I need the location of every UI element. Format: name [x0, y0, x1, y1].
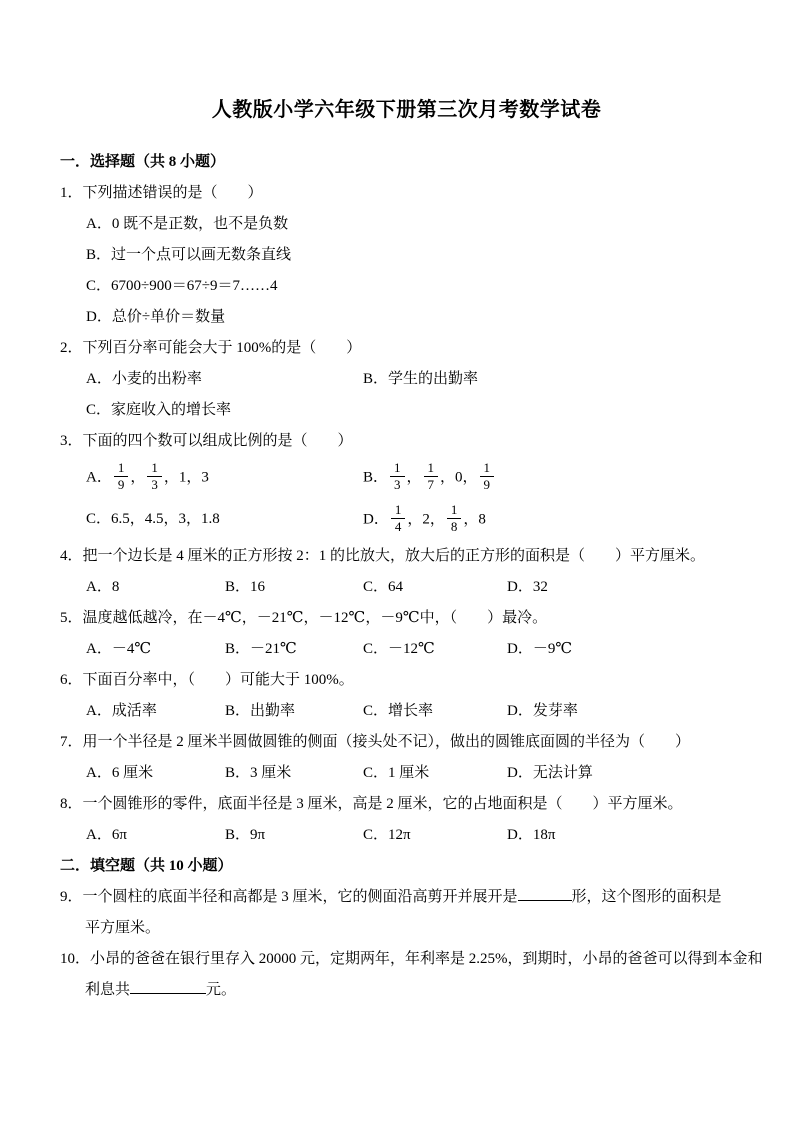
question-4-option-a: A．8	[86, 572, 225, 603]
fraction-numerator: 1	[447, 502, 462, 519]
question-5-options-row: A．－4℃ B．－21℃ C．－12℃ D．－9℃	[60, 634, 753, 665]
option-tail: ，1，3	[164, 470, 209, 486]
fraction: 19	[114, 460, 129, 492]
question-1-option-d: D．总价÷单价＝数量	[60, 302, 753, 333]
question-5-option-c: C．－12℃	[363, 634, 507, 665]
fraction: 19	[480, 460, 495, 492]
question-5-option-b: B．－21℃	[225, 634, 363, 665]
question-9: 9．一个圆柱的底面半径和高都是 3 厘米，它的侧面沿高剪开并展开是形，这个图形的…	[60, 882, 753, 944]
option-label: B．	[363, 470, 388, 486]
question-2-option-b: B．学生的出勤率	[363, 364, 753, 395]
answer-blank-q9	[518, 886, 572, 901]
question-7-option-b: B．3 厘米	[225, 758, 363, 789]
fraction: 13	[147, 460, 162, 492]
question-3-option-b: B．13，17，0，19	[363, 462, 753, 494]
question-9-text-3: 平方厘米。	[85, 920, 160, 936]
fraction-denominator: 8	[447, 519, 462, 535]
question-5-option-a: A．－4℃	[86, 634, 225, 665]
separator: ，	[407, 470, 422, 486]
question-6-option-b: B．出勤率	[225, 696, 363, 727]
fraction: 18	[447, 502, 462, 534]
question-8-option-a: A．6π	[86, 820, 225, 851]
question-4-option-c: C．64	[363, 572, 507, 603]
fraction-numerator: 1	[114, 460, 129, 477]
question-6-option-a: A．成活率	[86, 696, 225, 727]
section-heading-choice: 一．选择题（共 8 小题）	[60, 147, 753, 178]
fraction-denominator: 9	[480, 477, 495, 493]
question-3-option-a: A．19，13，1，3	[86, 462, 363, 494]
question-7-stem: 7．用一个半径是 2 厘米半圆做圆锥的侧面（接头处不记），做出的圆锥底面圆的半径…	[60, 727, 753, 758]
question-6-option-c: C．增长率	[363, 696, 507, 727]
option-middle: ，0，	[440, 470, 478, 486]
fraction-numerator: 1	[424, 460, 439, 477]
question-10-text-2: 利息共	[85, 982, 130, 998]
question-7-option-c: C．1 厘米	[363, 758, 507, 789]
question-6-option-d: D．发芽率	[507, 696, 753, 727]
test-paper-page: 人教版小学六年级下册第三次月考数学试卷 一．选择题（共 8 小题） 1．下列描述…	[0, 0, 793, 1006]
question-3-options-row-1: A．19，13，1，3 B．13，17，0，19	[60, 457, 753, 499]
question-2-stem: 2．下列百分率可能会大于 100%的是（ ）	[60, 333, 753, 364]
question-8-option-c: C．12π	[363, 820, 507, 851]
question-1-stem: 1．下列描述错误的是（ ）	[60, 178, 753, 209]
question-1-option-b: B．过一个点可以画无数条直线	[60, 240, 753, 271]
fraction-numerator: 1	[390, 460, 405, 477]
fraction: 13	[390, 460, 405, 492]
question-7-option-a: A．6 厘米	[86, 758, 225, 789]
option-label: D．	[363, 512, 389, 528]
question-2-option-a: A．小麦的出粉率	[86, 364, 363, 395]
option-tail: ，8	[463, 512, 486, 528]
question-9-text-1: 9．一个圆柱的底面半径和高都是 3 厘米，它的侧面沿高剪开并展开是	[60, 889, 518, 905]
fraction-numerator: 1	[391, 502, 406, 519]
fraction-denominator: 3	[147, 477, 162, 493]
question-3-option-c: C．6.5，4.5，3，1.8	[86, 504, 363, 536]
question-4-option-d: D．32	[507, 572, 753, 603]
question-10: 10．小昂的爸爸在银行里存入 20000 元，定期两年，年利率是 2.25%，到…	[60, 944, 753, 1006]
separator: ，	[130, 470, 145, 486]
question-3-option-d: D．14，2，18，8	[363, 504, 753, 536]
question-9-text-2: 形，这个图形的面积是	[572, 889, 722, 905]
question-1-option-c: C．6700÷900＝67÷9＝7……4	[60, 271, 753, 302]
question-5-option-d: D．－9℃	[507, 634, 753, 665]
question-7-option-d: D．无法计算	[507, 758, 753, 789]
question-6-options-row: A．成活率 B．出勤率 C．增长率 D．发芽率	[60, 696, 753, 727]
question-10-text-1: 10．小昂的爸爸在银行里存入 20000 元，定期两年，年利率是 2.25%，到…	[60, 951, 763, 967]
question-10-text-3: 元。	[206, 982, 236, 998]
question-2-option-c: C．家庭收入的增长率	[60, 395, 753, 426]
question-2-options-row-1: A．小麦的出粉率 B．学生的出勤率	[60, 364, 753, 395]
question-8-options-row: A．6π B．9π C．12π D．18π	[60, 820, 753, 851]
question-1-option-a: A．0 既不是正数，也不是负数	[60, 209, 753, 240]
option-middle: ，2，	[407, 512, 445, 528]
question-3-stem: 3．下面的四个数可以组成比例的是（ ）	[60, 426, 753, 457]
answer-blank-q10	[130, 979, 206, 994]
question-4-stem: 4．把一个边长是 4 厘米的正方形按 2：1 的比放大，放大后的正方形的面积是（…	[60, 541, 753, 572]
fraction: 17	[424, 460, 439, 492]
fraction-denominator: 7	[424, 477, 439, 493]
fraction-denominator: 9	[114, 477, 129, 493]
paper-title: 人教版小学六年级下册第三次月考数学试卷	[60, 95, 753, 125]
question-6-stem: 6．下面百分率中，（ ）可能大于 100%。	[60, 665, 753, 696]
question-8-stem: 8．一个圆锥形的零件，底面半径是 3 厘米，高是 2 厘米，它的占地面积是（ ）…	[60, 789, 753, 820]
question-5-stem: 5．温度越低越冷，在－4℃，－21℃，－12℃，－9℃中，（ ）最冷。	[60, 603, 753, 634]
question-4-options-row: A．8 B．16 C．64 D．32	[60, 572, 753, 603]
fraction-denominator: 4	[391, 519, 406, 535]
question-7-options-row: A．6 厘米 B．3 厘米 C．1 厘米 D．无法计算	[60, 758, 753, 789]
question-4-option-b: B．16	[225, 572, 363, 603]
question-8-option-d: D．18π	[507, 820, 753, 851]
section-heading-fill: 二．填空题（共 10 小题）	[60, 851, 753, 882]
fraction: 14	[391, 502, 406, 534]
fraction-numerator: 1	[480, 460, 495, 477]
question-3-options-row-2: C．6.5，4.5，3，1.8 D．14，2，18，8	[60, 499, 753, 541]
fraction-denominator: 3	[390, 477, 405, 493]
option-label: A．	[86, 470, 112, 486]
question-8-option-b: B．9π	[225, 820, 363, 851]
fraction-numerator: 1	[147, 460, 162, 477]
